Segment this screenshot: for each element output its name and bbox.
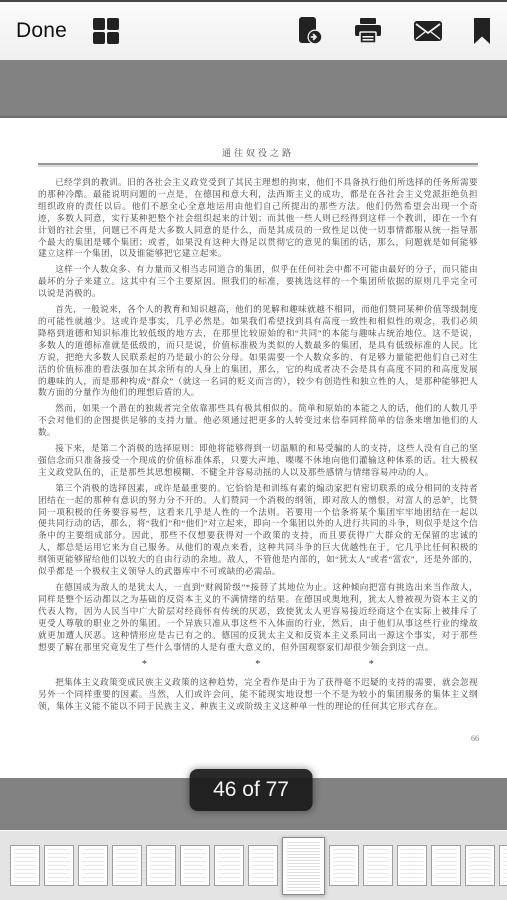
document-paragraph: 已经学到的教训。旧的各社会主义政党受到了其民主理想的拘束，他们不具备执行他们所选…	[38, 177, 478, 260]
book-running-title: 通往奴役之路	[38, 146, 478, 159]
print-button[interactable]	[353, 17, 383, 45]
viewer-margin-bottom: 46 of 77	[0, 778, 507, 830]
thumbnail-page[interactable]	[329, 845, 359, 886]
done-button[interactable]: Done	[16, 19, 67, 43]
export-icon	[297, 16, 323, 46]
thumbnail-preview-lines	[218, 849, 240, 882]
grid-icon	[93, 18, 119, 44]
asterisk: *	[142, 659, 147, 671]
thumbnail-page[interactable]	[397, 845, 427, 886]
thumbnail-page-selected[interactable]	[282, 837, 325, 895]
thumbnail-preview-lines	[435, 849, 457, 882]
document-paragraph: 在德国成为敌人的是犹太人，一直到“财阀阶级”*接替了其地位为止。这种倾向把富有挑…	[38, 582, 478, 653]
bookmark-icon	[473, 17, 491, 45]
document-paragraph: 第三个消极的选择因素，或许是最重要的。它恰恰是和训练有素的煽动家把有密切联系的成…	[38, 483, 478, 578]
page-text: 已经学到的教训。旧的各社会主义政党受到了其民主理想的拘束，他们不具备执行他们所选…	[38, 177, 478, 713]
asterisk: *	[255, 659, 260, 671]
thumbnail-preview-lines	[48, 849, 70, 882]
thumbnail-page[interactable]	[499, 845, 507, 886]
thumbnail-preview-lines	[82, 849, 104, 882]
thumbnail-preview-lines	[333, 849, 355, 882]
pdf-viewer-window: { "toolbar": { "done_label": "Done", "th…	[0, 0, 507, 900]
export-button[interactable]	[297, 16, 323, 46]
thumbnail-page[interactable]	[214, 845, 244, 886]
thumbnail-preview-lines	[367, 849, 389, 882]
document-paragraph: 把集体主义政策变成民族主义政策的这种趋势，完全看作是由于为了获得毫不迟疑的支持的…	[38, 677, 478, 713]
thumbnail-page[interactable]	[44, 845, 74, 886]
paragraph-list: 已经学到的教训。旧的各社会主义政党受到了其民主理想的拘束，他们不具备执行他们所选…	[38, 177, 478, 653]
toolbar-right-group	[297, 16, 491, 46]
thumbnail-page[interactable]	[465, 845, 495, 886]
document-paragraph: 然而，如果一个潜在的独裁者完全依靠那些具有极其相似的、简单和原始的本能之人的话，…	[38, 403, 478, 439]
closing-paragraph: 把集体主义政策变成民族主义政策的这种趋势，完全看作是由于为了获得毫不迟疑的支持的…	[38, 677, 478, 713]
header-rule	[38, 163, 478, 165]
thumbnail-preview-lines	[401, 849, 423, 882]
document-paragraph: 接下来，是第二个消极的选择原则：即他将能够得到一切温顺的和易受骗的人的支持，这些…	[38, 443, 478, 479]
document-page[interactable]: 通往奴役之路 已经学到的教训。旧的各社会主义政党受到了其民主理想的拘束，他们不具…	[0, 118, 507, 778]
thumbnail-preview-lines	[287, 842, 320, 892]
section-divider: ***	[38, 659, 478, 671]
thumbnail-page[interactable]	[112, 845, 142, 886]
thumbnail-page[interactable]	[78, 845, 108, 886]
thumbnail-page[interactable]	[10, 845, 40, 886]
printer-icon	[353, 17, 383, 45]
viewer-margin-top	[0, 60, 507, 118]
thumbnail-strip[interactable]	[0, 830, 507, 900]
thumbnail-preview-lines	[469, 849, 491, 882]
bookmark-button[interactable]	[473, 17, 491, 45]
printed-page-number: 66	[471, 734, 479, 743]
envelope-icon	[413, 20, 443, 42]
thumbnail-page[interactable]	[146, 845, 176, 886]
thumbnail-page[interactable]	[363, 845, 393, 886]
thumbnails-button[interactable]	[93, 18, 119, 44]
thumbnail-page[interactable]	[180, 845, 210, 886]
thumbnail-preview-lines	[14, 849, 36, 882]
asterisk: *	[369, 659, 374, 671]
thumbnail-preview-lines	[503, 849, 507, 882]
thumbnail-page[interactable]	[431, 845, 461, 886]
thumbnail-preview-lines	[252, 849, 274, 882]
document-paragraph: 首先，一般说来，各个人的教育和知识越高，他们的见解和趣味就越不相同，而他们赞同某…	[38, 304, 478, 399]
mail-button[interactable]	[413, 20, 443, 42]
document-paragraph: 这样一个人数众多、有力量而又相当志同道合的集团，似乎在任何社会中都不可能由最好的…	[38, 264, 478, 300]
thumbnail-preview-lines	[116, 849, 138, 882]
thumbnail-page[interactable]	[248, 845, 278, 886]
thumbnail-preview-lines	[184, 849, 206, 882]
top-toolbar: Done	[0, 0, 507, 60]
thumbnail-preview-lines	[150, 849, 172, 882]
page-indicator-badge: 46 of 77	[189, 769, 313, 811]
